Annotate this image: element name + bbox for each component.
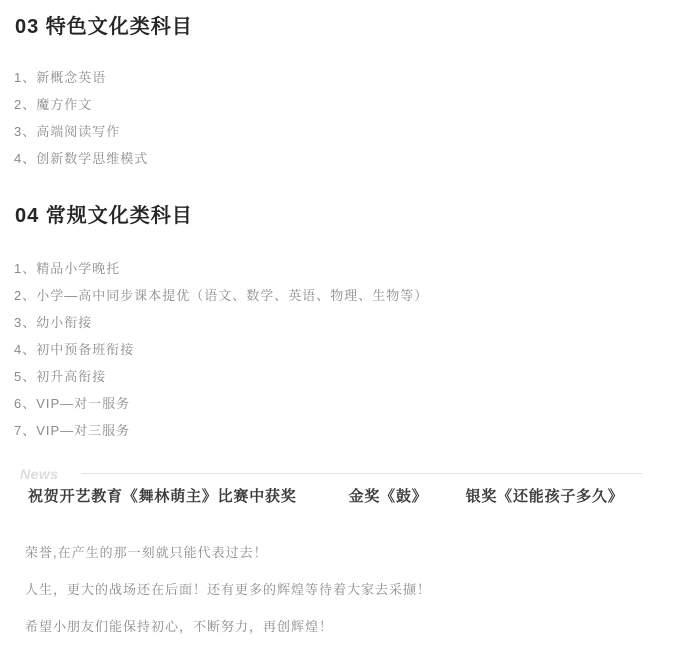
news-paragraph: 希望小朋友们能保持初心，不断努力，再创辉煌！ [25, 617, 687, 637]
news-paragraph: 人生，更大的战场还在后面！还有更多的辉煌等待着大家去采撷！ [25, 580, 687, 600]
award-silver-text: 银奖《还能孩子多久》 [466, 488, 624, 505]
course-list-item: 2、魔方作文 [14, 91, 687, 118]
course-list-special: 1、新概念英语 2、魔方作文 3、高端阅读写作 4、创新数学思维模式 [0, 64, 687, 172]
course-list-item: 3、高端阅读写作 [14, 118, 687, 145]
section-title-special: 03 特色文化类科目 [0, 13, 687, 41]
section-title-regular: 04 常规文化类科目 [0, 202, 687, 230]
award-headline: 祝贺开艺教育《舞林萌主》比赛中获奖 金奖《鼓》 银奖《还能孩子多久》 [0, 487, 687, 507]
section-regular-subjects: 04 常规文化类科目 1、精品小学晚托 2、小学—高中同步课本提优（语文、数学、… [0, 202, 687, 444]
course-list-item: 5、初升高衔接 [14, 363, 687, 390]
course-list-item: 1、精品小学晚托 [14, 255, 687, 282]
section-special-subjects: 03 特色文化类科目 1、新概念英语 2、魔方作文 3、高端阅读写作 4、创新数… [0, 13, 687, 172]
course-list-item: 7、VIP—对三服务 [14, 417, 687, 444]
award-intro-text: 祝贺开艺教育《舞林萌主》比赛中获奖 [28, 488, 297, 505]
course-list-item: 3、幼小衔接 [14, 309, 687, 336]
course-list-item: 1、新概念英语 [14, 64, 687, 91]
news-label: News [20, 466, 59, 482]
course-list-item: 4、创新数学思维模式 [14, 145, 687, 172]
news-divider-row: News [0, 465, 687, 482]
course-list-item: 4、初中预备班衔接 [14, 336, 687, 363]
divider-line [81, 473, 642, 474]
news-paragraph: 荣誉,在产生的那一刻就只能代表过去！ [25, 543, 687, 563]
award-gold-text: 金奖《鼓》 [349, 488, 428, 505]
course-list-item: 2、小学—高中同步课本提优（语文、数学、英语、物理、生物等） [14, 282, 687, 309]
news-paragraphs: 荣誉,在产生的那一刻就只能代表过去！ 人生，更大的战场还在后面！还有更多的辉煌等… [0, 543, 687, 637]
course-list-item: 6、VIP—对一服务 [14, 390, 687, 417]
course-list-regular: 1、精品小学晚托 2、小学—高中同步课本提优（语文、数学、英语、物理、生物等） … [0, 255, 687, 444]
article-page: 03 特色文化类科目 1、新概念英语 2、魔方作文 3、高端阅读写作 4、创新数… [0, 0, 687, 662]
